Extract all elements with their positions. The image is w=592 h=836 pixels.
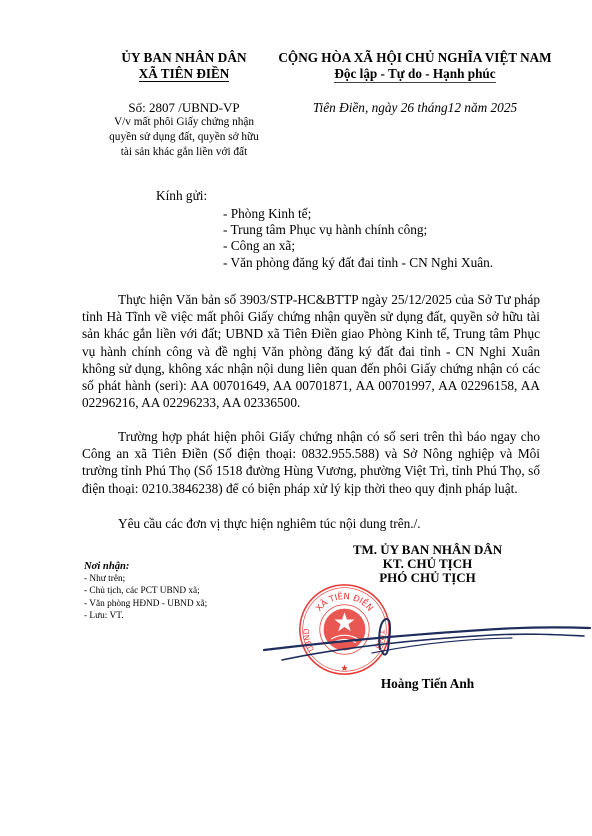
recipients-label: Kính gửi: (156, 188, 207, 204)
recipient-item: - Trung tâm Phục vụ hành chính công; (223, 222, 493, 238)
recipient-item: - Văn phòng đăng ký đất đai tỉnh - CN Ng… (223, 255, 493, 271)
distribution-item: - Như trên; (84, 573, 207, 585)
distribution-title: Nơi nhận: (84, 560, 207, 573)
national-motto: Độc lập - Tự do - Hạnh phúc (334, 66, 495, 83)
handwritten-signature-icon (262, 605, 592, 675)
paragraph-text: Thực hiện Văn bản số 3903/STP-HC&BTTP ng… (82, 292, 540, 410)
body-paragraph: Trường hợp phát hiện phôi Giấy chứng nhậ… (82, 428, 540, 497)
country-name: CỘNG HÒA XÃ HỘI CHỦ NGHĨA VIỆT NAM (270, 50, 560, 65)
subject-line: quyền sử dụng đất, quyền sở hữu (84, 130, 284, 145)
signer-name: Hoàng Tiến Anh (330, 676, 525, 692)
signature-title-block: TM. ỦY BAN NHÂN DÂN KT. CHỦ TỊCH PHÓ CHỦ… (330, 543, 525, 586)
national-header: CỘNG HÒA XÃ HỘI CHỦ NGHĨA VIỆT NAM Độc l… (270, 50, 560, 83)
paragraph-text: Yêu cầu các đơn vị thực hiện nghiêm túc … (118, 516, 421, 531)
distribution-item: - Lưu: VT. (84, 610, 207, 622)
body-paragraph: Thực hiện Văn bản số 3903/STP-HC&BTTP ng… (82, 291, 540, 411)
document-subject: V/v mất phôi Giấy chứng nhận quyền sử dụ… (84, 115, 284, 160)
signature-title-line: TM. ỦY BAN NHÂN DÂN (330, 543, 525, 557)
recipient-item: - Phòng Kinh tế; (223, 206, 493, 222)
place-date: Tiên Điền, ngày 26 tháng12 năm 2025 (270, 100, 560, 116)
agency-line-1: ỦY BAN NHÂN DÂN (84, 50, 284, 65)
signature-title-line: KT. CHỦ TỊCH (330, 557, 525, 571)
document-number: Số: 2807 /UBND-VP (84, 101, 284, 115)
distribution-item: - Văn phòng HĐND - UBND xã; (84, 598, 207, 610)
subject-line: V/v mất phôi Giấy chứng nhận (84, 115, 284, 130)
body-paragraph: Yêu cầu các đơn vị thực hiện nghiêm túc … (82, 515, 540, 532)
distribution-item: - Chủ tịch, các PCT UBND xã; (84, 585, 207, 597)
recipients-list: - Phòng Kinh tế; - Trung tâm Phục vụ hàn… (223, 206, 493, 271)
issuing-agency: ỦY BAN NHÂN DÂN XÃ TIÊN ĐIỀN (84, 50, 284, 83)
distribution-list: Nơi nhận: - Như trên; - Chủ tịch, các PC… (84, 560, 207, 622)
paragraph-text: Trường hợp phát hiện phôi Giấy chứng nhậ… (82, 429, 540, 496)
agency-line-2: XÃ TIÊN ĐIỀN (139, 66, 230, 82)
recipient-item: - Công an xã; (223, 238, 493, 254)
subject-line: tài sản khác gắn liền với đất (84, 145, 284, 160)
